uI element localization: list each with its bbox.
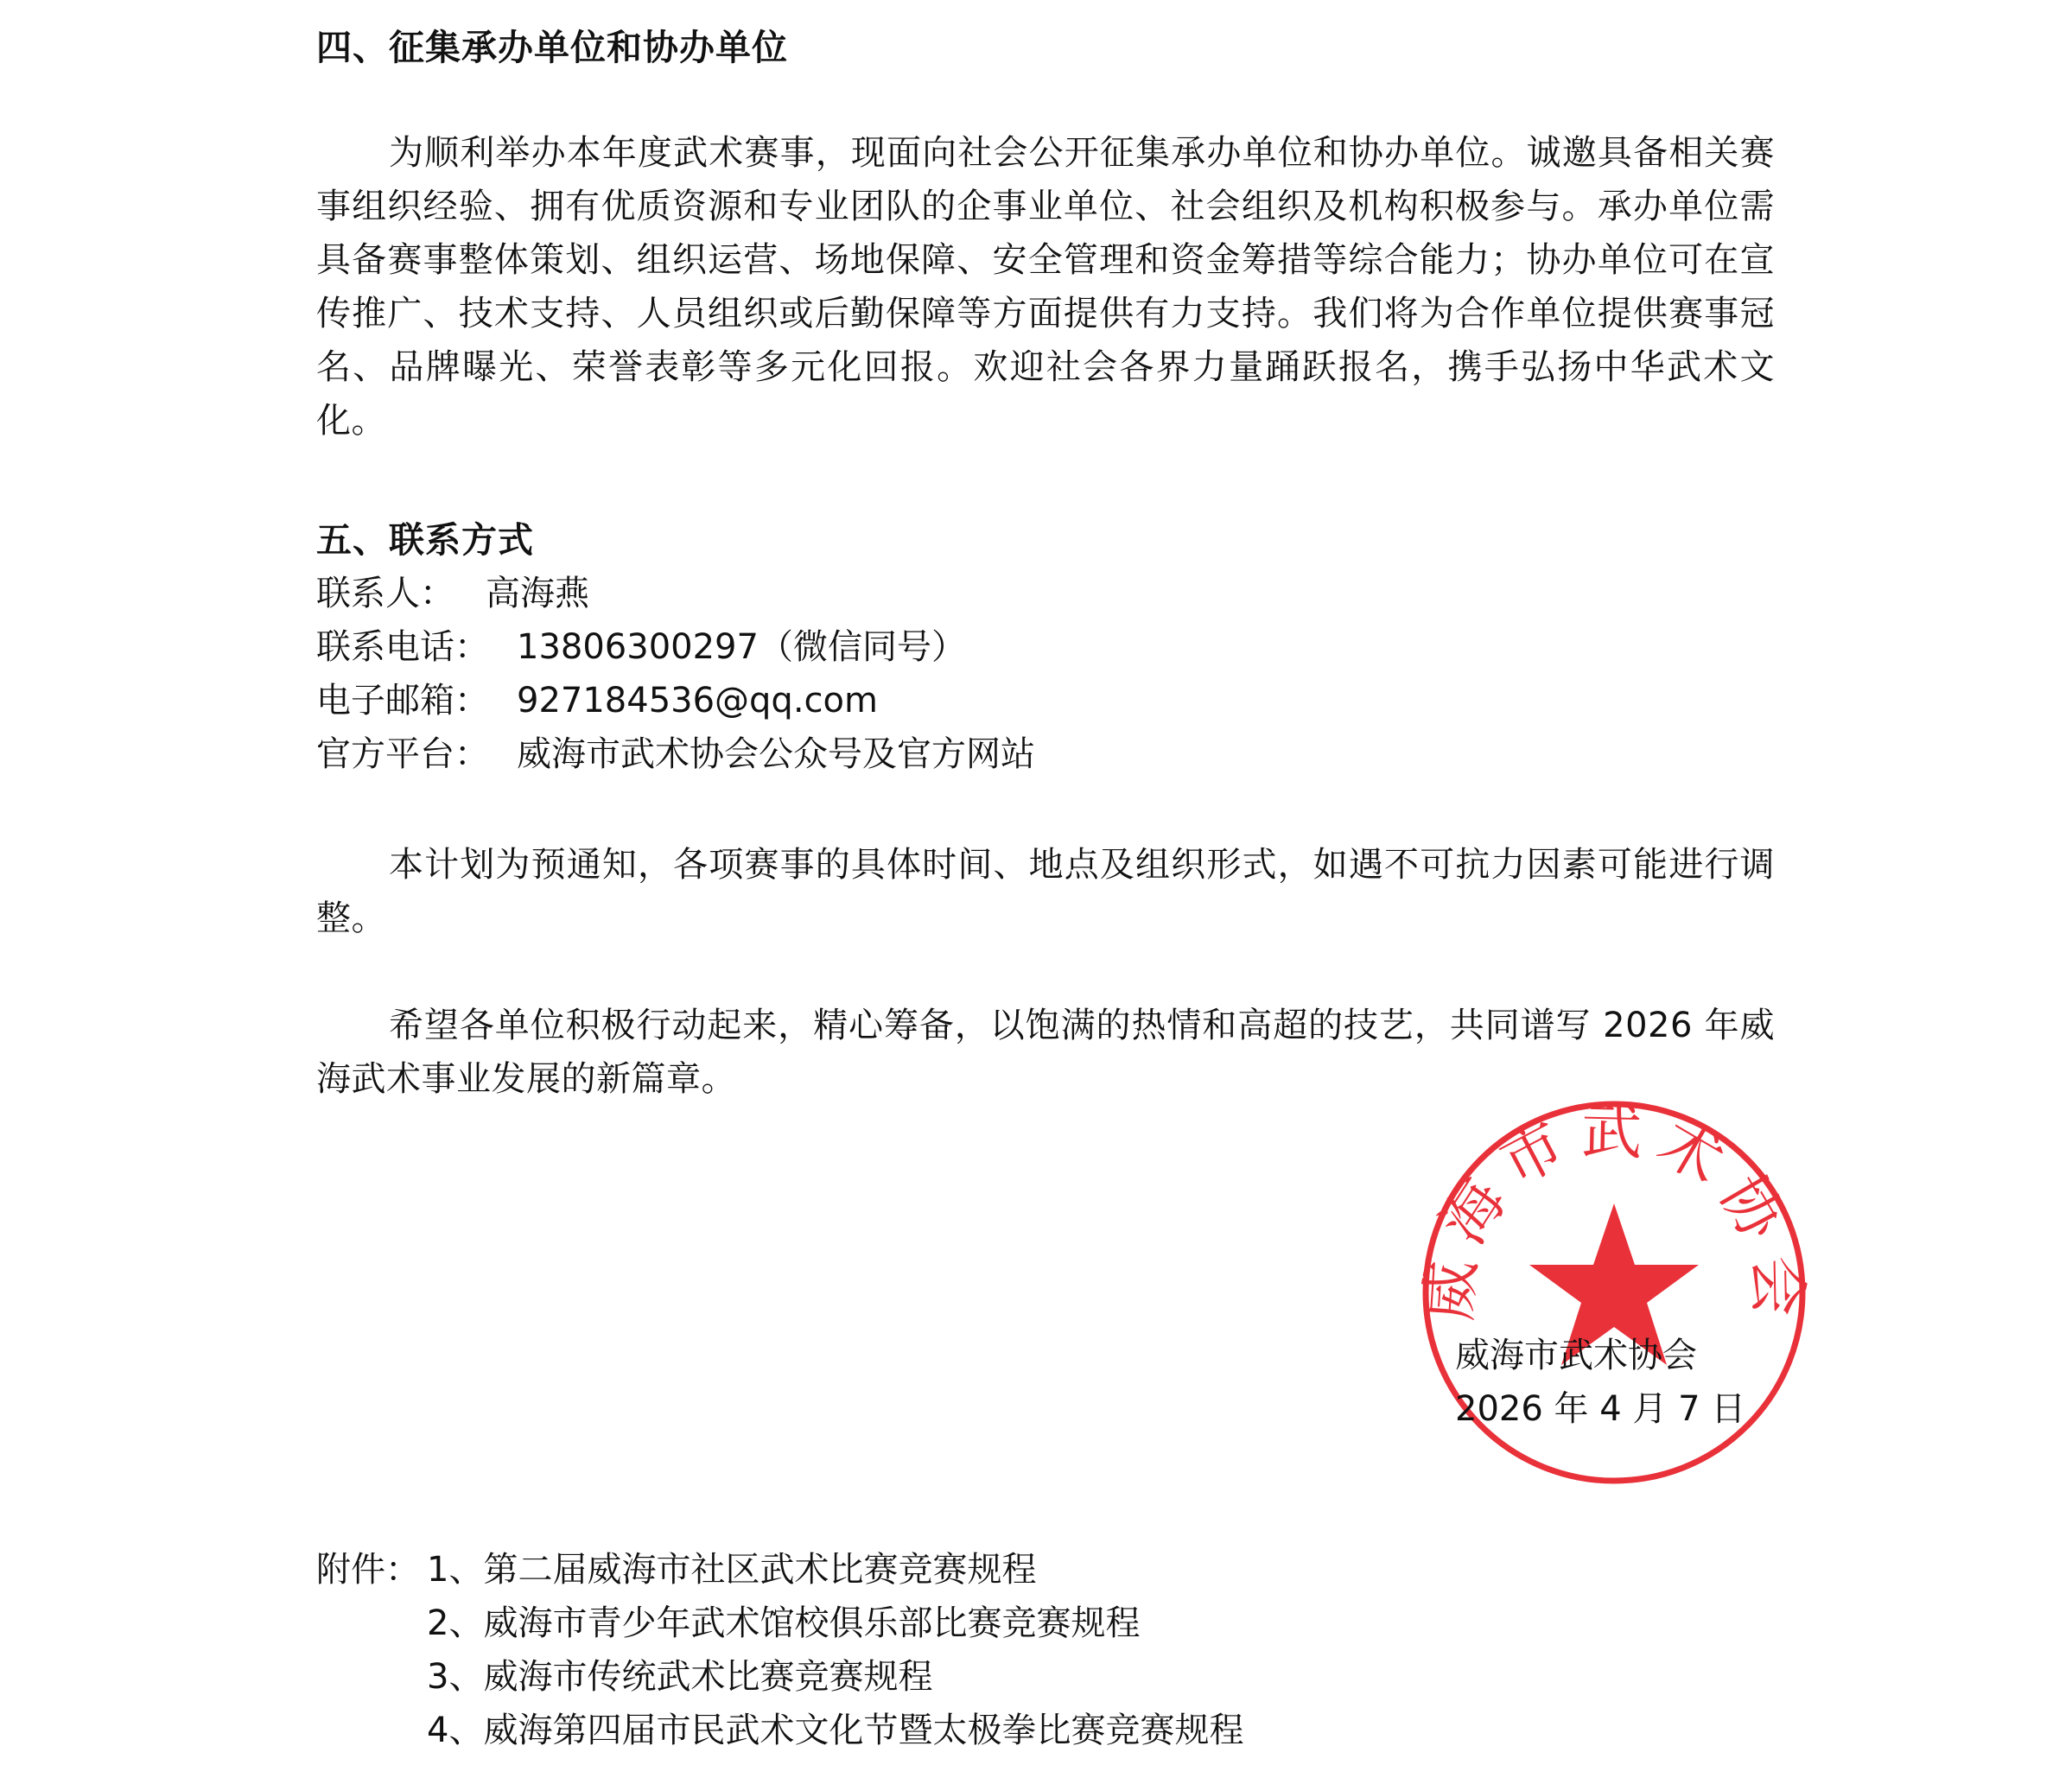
attachment-item-label: 2、威海市青少年武术馆校俱乐部比赛竞赛规程 (427, 1603, 1140, 1643)
attachments-list: 附件：1、第二届威海市社区武术比赛竞赛规程 2、威海市青少年武术馆校俱乐部比赛竞… (316, 1543, 1243, 1757)
section-5-heading: 五、联系方式 (316, 513, 534, 567)
attachments-label: 附件： (316, 1543, 427, 1597)
signature-organization: 威海市武术协会 (1455, 1329, 1697, 1382)
attachment-item: 4、威海第四届市民武术文化节暨太极拳比赛竞赛规程 (316, 1704, 1243, 1757)
contact-phone-row: 联系电话：13806300297（微信同号） (316, 620, 966, 674)
contact-email-label: 电子邮箱： (316, 674, 517, 727)
contact-email-value[interactable]: 927184536@qq.com (517, 681, 878, 721)
contact-email-row: 电子邮箱：927184536@qq.com (316, 674, 878, 727)
section-4-paragraph: 为顺利举办本年度武术赛事，现面向社会公开征集承办单位和协办单位。诚邀具备相关赛事… (316, 126, 1775, 448)
signature-date: 2026 年 4 月 7 日 (1455, 1382, 1745, 1436)
section-4-heading: 四、征集承办单位和协办单位 (316, 21, 788, 74)
attachment-item: 2、威海市青少年武术馆校俱乐部比赛竞赛规程 (316, 1597, 1243, 1650)
attachment-item: 附件：1、第二届威海市社区武术比赛竞赛规程 (316, 1543, 1243, 1597)
notice-paragraph: 本计划为预通知，各项赛事的具体时间、地点及组织形式，如遇不可抗力因素可能进行调整… (316, 838, 1775, 945)
document-page: 四、征集承办单位和协办单位 为顺利举办本年度武术赛事，现面向社会公开征集承办单位… (0, 0, 2072, 1784)
contact-platform-value: 威海市武术协会公众号及官方网站 (517, 734, 1035, 774)
contact-phone-label: 联系电话： (316, 620, 517, 674)
closing-paragraph: 希望各单位积极行动起来，精心筹备，以饱满的热情和高超的技艺，共同谱写 2026 … (316, 999, 1775, 1106)
contact-person-value: 高海燕 (486, 574, 589, 613)
closing-block: 希望各单位积极行动起来，精心筹备，以饱满的热情和高超的技艺，共同谱写 2026 … (316, 999, 1775, 1106)
contact-platform-label: 官方平台： (316, 727, 517, 781)
attachment-item-label: 3、威海市传统武术比赛竞赛规程 (427, 1657, 932, 1697)
contact-phone-value: 13806300297（微信同号） (517, 627, 966, 667)
notice-block: 本计划为预通知，各项赛事的具体时间、地点及组织形式，如遇不可抗力因素可能进行调整… (316, 838, 1775, 945)
contact-person-label: 联系人： (316, 567, 486, 620)
attachment-item-label: 4、威海第四届市民武术文化节暨太极拳比赛竞赛规程 (427, 1711, 1243, 1750)
section-4-body: 为顺利举办本年度武术赛事，现面向社会公开征集承办单位和协办单位。诚邀具备相关赛事… (316, 126, 1775, 448)
contact-person-row: 联系人：高海燕 (316, 567, 589, 620)
attachment-item-label: 1、第二届威海市社区武术比赛竞赛规程 (427, 1550, 1036, 1590)
contact-platform-row: 官方平台：威海市武术协会公众号及官方网站 (316, 727, 1035, 781)
attachment-item: 3、威海市传统武术比赛竞赛规程 (316, 1650, 1243, 1704)
